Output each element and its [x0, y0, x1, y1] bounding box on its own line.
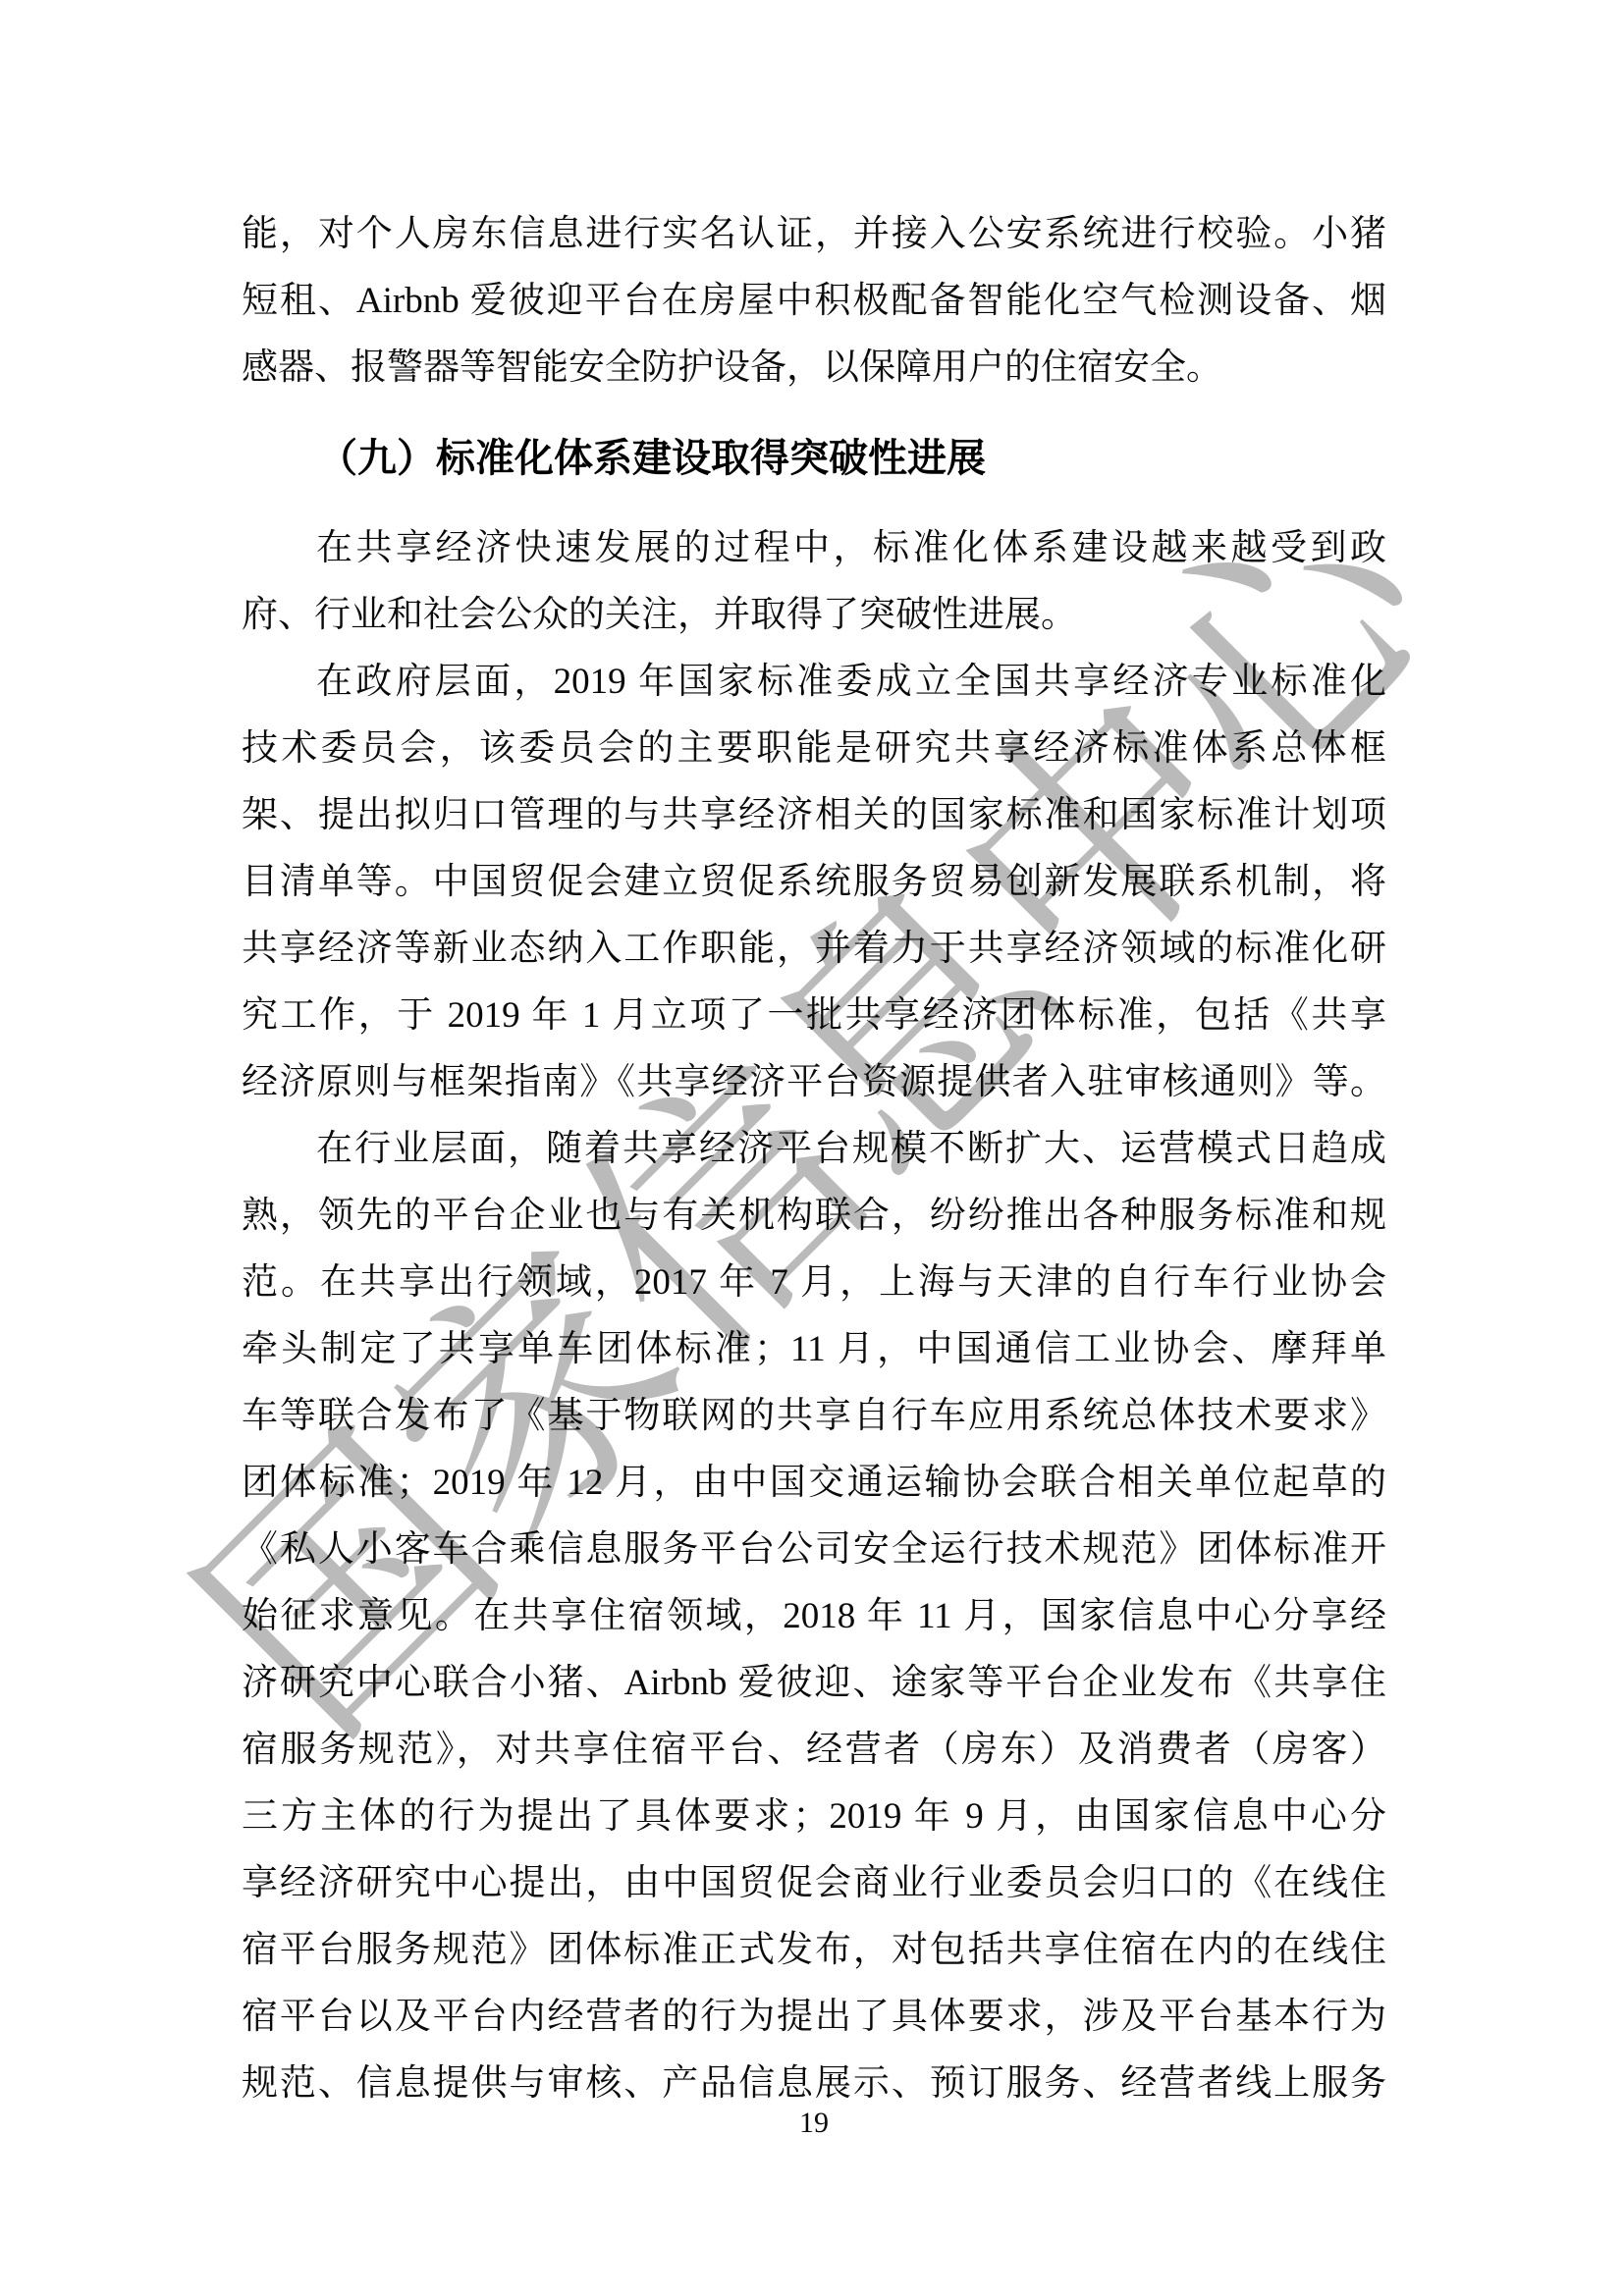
page-content: 能，对个人房东信息进行实名认证，并接入公安系统进行校验。小猪 短租、Airbnb…: [242, 201, 1386, 2117]
body-line: 三方主体的行为提出了具体要求；2019 年 9 月，由国家信息中心分: [242, 1784, 1386, 1850]
body-line: 府、行业和社会公众的关注，并取得了突破性进展。: [242, 582, 1386, 649]
body-line: 技术委员会，该委员会的主要职能是研究共享经济标准体系总体框: [242, 716, 1386, 782]
body-line: 享经济研究中心提出，由中国贸促会商业行业委员会归口的《在线住: [242, 1850, 1386, 1917]
body-line: 团体标准；2019 年 12 月，由中国交通运输协会联合相关单位起草的: [242, 1450, 1386, 1517]
body-line: 架、提出拟归口管理的与共享经济相关的国家标准和国家标准计划项: [242, 782, 1386, 849]
page-number: 19: [242, 2107, 1386, 2140]
body-line: 宿平台服务规范》团体标准正式发布，对包括共享住宿在内的在线住: [242, 1917, 1386, 1984]
body-line: 熟，领先的平台企业也与有关机构联合，纷纷推出各种服务标准和规: [242, 1183, 1386, 1250]
body-line: 宿服务规范》，对共享住宿平台、经营者（房东）及消费者（房客）: [242, 1717, 1386, 1784]
body-line: 感器、报警器等智能安全防护设备，以保障用户的住宿安全。: [242, 335, 1386, 401]
section-heading: （九）标准化体系建设取得突破性进展: [242, 425, 1386, 492]
body-line: 范。在共享出行领域，2017 年 7 月，上海与天津的自行车行业协会: [242, 1250, 1386, 1316]
document-page: 国家信息中心 能，对个人房东信息进行实名认证，并接入公安系统进行校验。小猪 短租…: [0, 0, 1624, 2296]
body-line: 宿平台以及平台内经营者的行为提出了具体要求，涉及平台基本行为: [242, 1984, 1386, 2051]
body-line: 《私人小客车合乘信息服务平台公司安全运行技术规范》团体标准开: [242, 1517, 1386, 1583]
body-line: 在行业层面，随着共享经济平台规模不断扩大、运营模式日趋成: [242, 1116, 1386, 1183]
body-line: 在政府层面，2019 年国家标准委成立全国共享经济专业标准化: [242, 649, 1386, 716]
body-line: 共享经济等新业态纳入工作职能，并着力于共享经济领域的标准化研: [242, 916, 1386, 983]
body-line: 始征求意见。在共享住宿领域，2018 年 11 月，国家信息中心分享经: [242, 1583, 1386, 1650]
body-line: 济研究中心联合小猪、Airbnb 爱彼迎、途家等平台企业发布《共享住: [242, 1650, 1386, 1717]
body-line: 牵头制定了共享单车团体标准；11 月，中国通信工业协会、摩拜单: [242, 1316, 1386, 1383]
body-line: 短租、Airbnb 爱彼迎平台在房屋中积极配备智能化空气检测设备、烟: [242, 268, 1386, 335]
body-line: 能，对个人房东信息进行实名认证，并接入公安系统进行校验。小猪: [242, 201, 1386, 268]
body-line: 目清单等。中国贸促会建立贸促系统服务贸易创新发展联系机制，将: [242, 849, 1386, 916]
body-line: 车等联合发布了《基于物联网的共享自行车应用系统总体技术要求》: [242, 1383, 1386, 1450]
body-line: 究工作，于 2019 年 1 月立项了一批共享经济团体标准，包括《共享: [242, 983, 1386, 1049]
body-line: 经济原则与框架指南》《共享经济平台资源提供者入驻审核通则》等。: [242, 1049, 1386, 1116]
body-line: 在共享经济快速发展的过程中，标准化体系建设越来越受到政: [242, 515, 1386, 582]
